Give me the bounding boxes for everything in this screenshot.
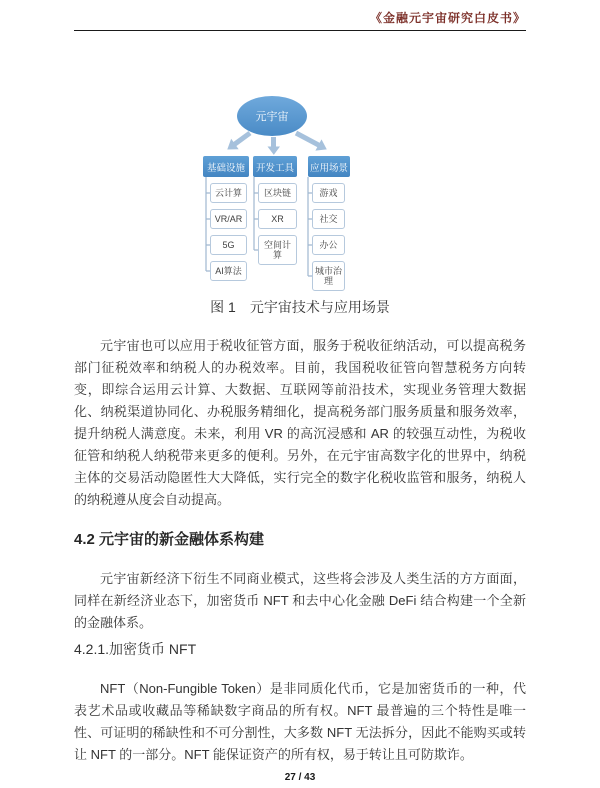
metaverse-diagram: 元宇宙 基础设施 开发工具 应用场景 云计算 VR/AR 5G AI算法 区块链… <box>198 86 358 293</box>
document-page: 《金融元宇宙研究白皮书》 <box>0 0 600 788</box>
figure-1: 元宇宙 基础设施 开发工具 应用场景 云计算 VR/AR 5G AI算法 区块链… <box>74 86 526 317</box>
item-spatial-computing: 空间计算 <box>258 235 297 265</box>
category-infrastructure: 基础设施 <box>203 156 249 177</box>
item-gaming: 游戏 <box>312 183 345 203</box>
page-number: 27 / 43 <box>74 772 526 783</box>
item-office: 办公 <box>312 235 345 255</box>
item-xr: XR <box>258 209 297 229</box>
item-5g: 5G <box>210 235 247 255</box>
item-vr-ar: VR/AR <box>210 209 247 229</box>
paragraph-new-economy: 元宇宙新经济下衍生不同商业模式，这些将会涉及人类生活的方方面面，同样在新经济业态… <box>74 568 526 634</box>
item-city-governance: 城市治理 <box>312 261 345 291</box>
item-cloud-computing: 云计算 <box>210 183 247 203</box>
category-applications: 应用场景 <box>308 156 350 177</box>
item-ai-algorithm: AI算法 <box>210 261 247 281</box>
item-blockchain: 区块链 <box>258 183 297 203</box>
figure-caption: 图 1 元宇宙技术与应用场景 <box>74 297 526 317</box>
page-header: 《金融元宇宙研究白皮书》 <box>74 0 526 31</box>
diagram-root-node: 元宇宙 <box>237 96 307 136</box>
paragraph-tax-administration: 元宇宙也可以应用于税收征管方面，服务于税收征纳活动，可以提高税务部门征税效率和纳… <box>74 335 526 511</box>
section-heading-4-2: 4.2 元宇宙的新金融体系构建 <box>74 529 526 550</box>
item-social: 社交 <box>312 209 345 229</box>
subsection-heading-4-2-1: 4.2.1.加密货币 NFT <box>74 638 526 660</box>
header-title: 《金融元宇宙研究白皮书》 <box>370 11 526 25</box>
paragraph-nft-definition: NFT（Non-Fungible Token）是非同质化代币，它是加密货币的一种… <box>74 678 526 766</box>
category-dev-tools: 开发工具 <box>253 156 297 177</box>
